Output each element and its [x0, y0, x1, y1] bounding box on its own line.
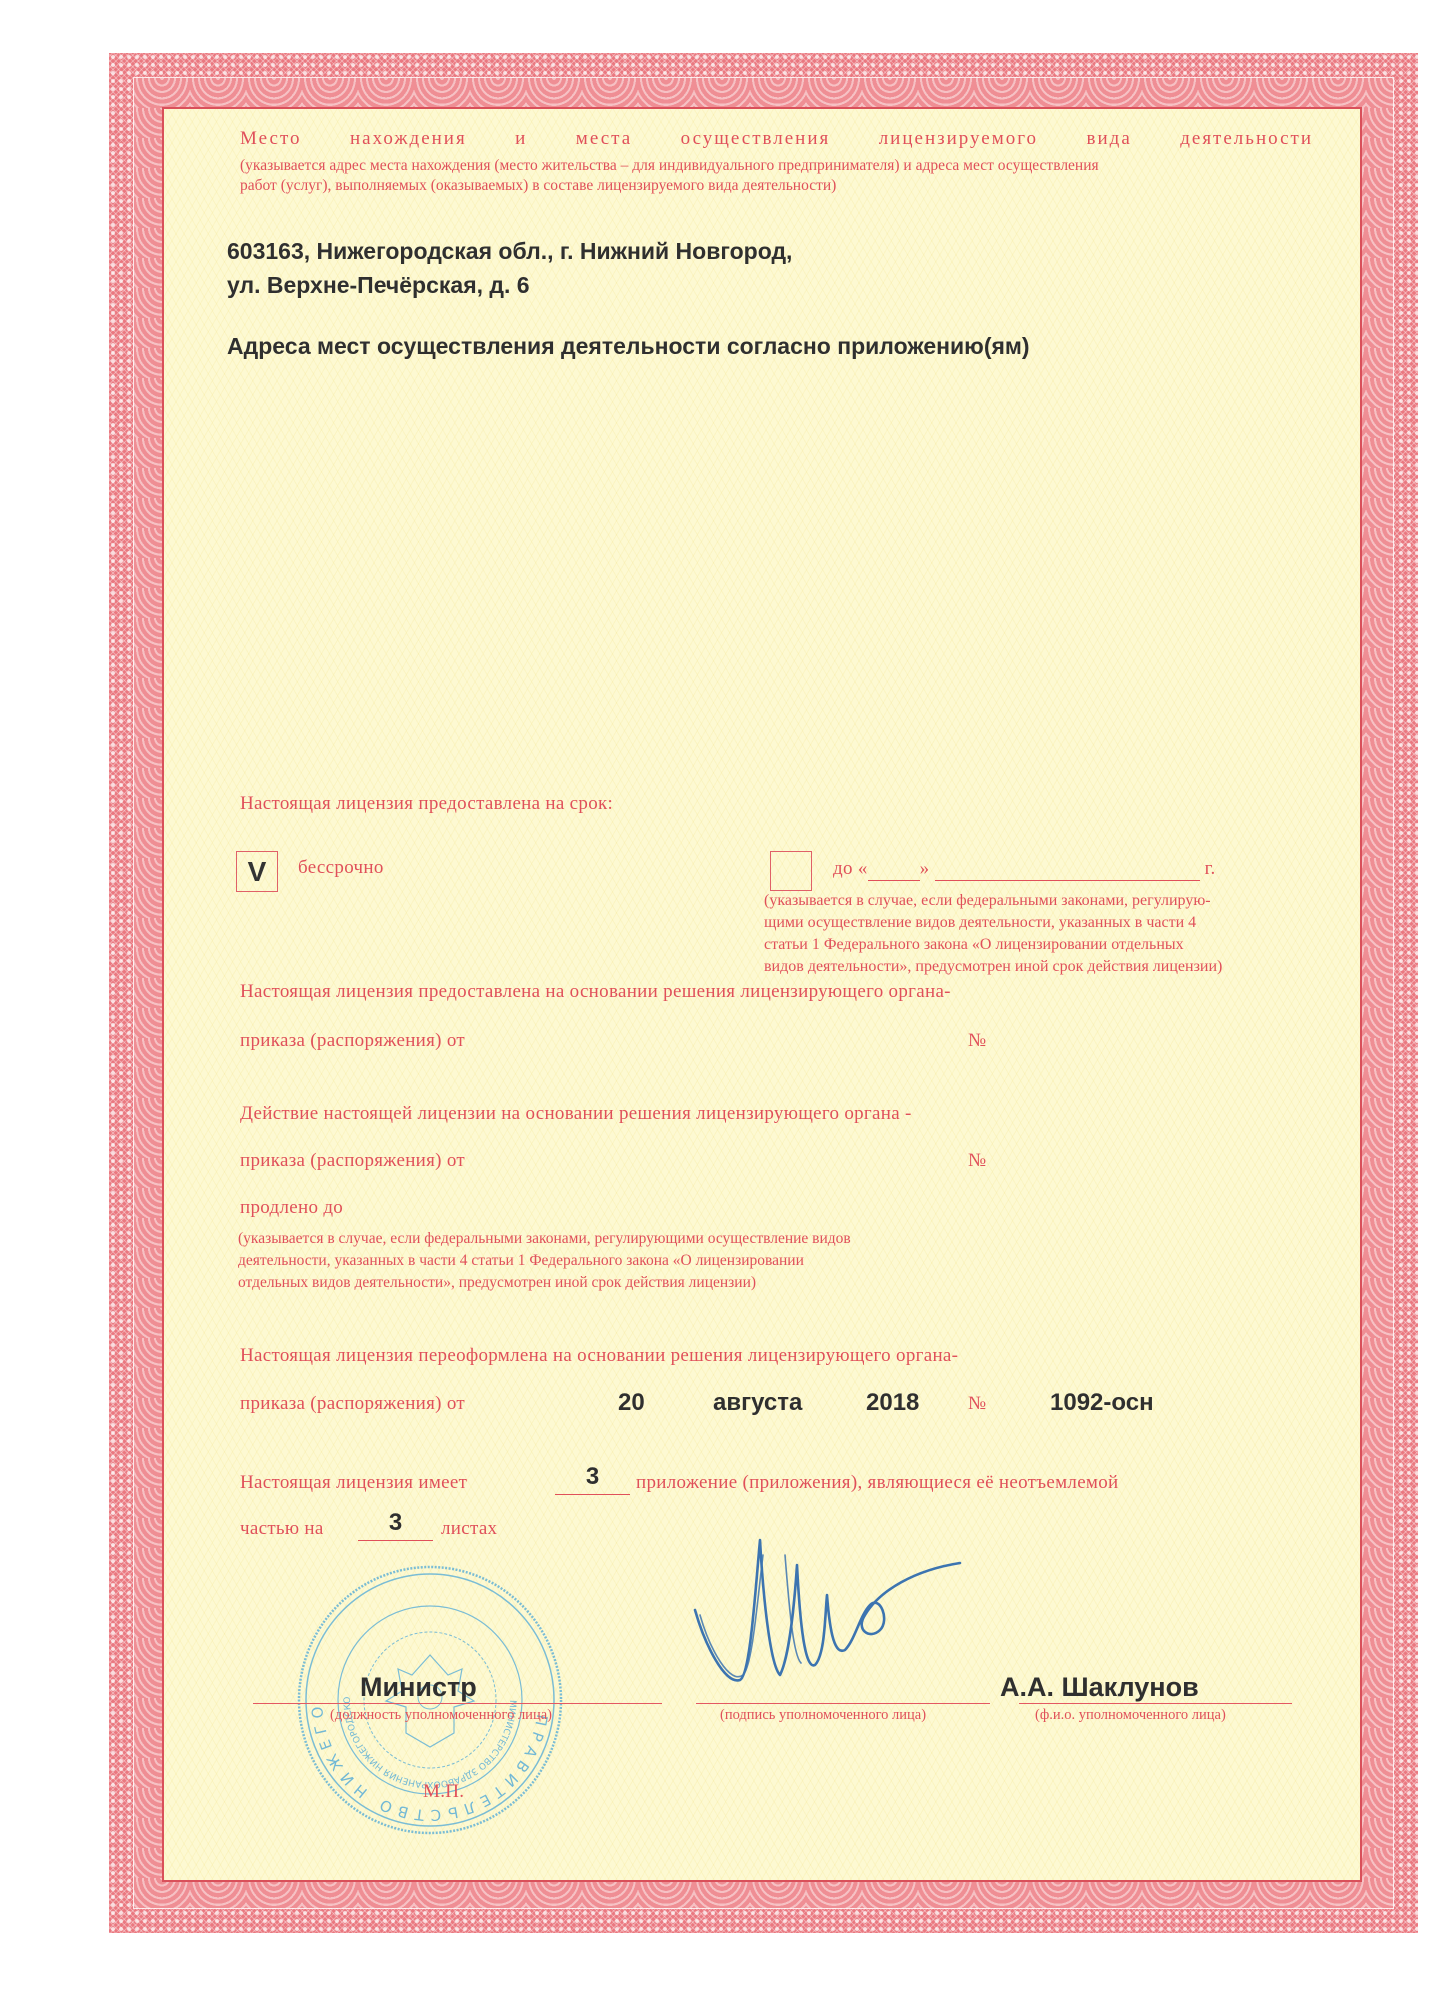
position-line — [253, 1703, 662, 1704]
extended-until-label: продлено до — [240, 1197, 343, 1219]
extended-line: Действие настоящей лицензии на основании… — [240, 1103, 912, 1125]
heading-word: деятельности — [1180, 128, 1313, 150]
handwritten-signature — [685, 1535, 975, 1700]
heading-word: Место — [240, 128, 302, 150]
term-note-line: (указывается в случае, если федеральными… — [764, 890, 1222, 912]
extended-order-label: приказа (распоряжения) от — [240, 1150, 465, 1172]
heading-word: нахождения — [350, 128, 467, 150]
indefinite-checkbox: V — [236, 851, 278, 892]
extended-note-line: деятельности, указанных в части 4 статьи… — [238, 1250, 851, 1272]
position-caption: (должность уполномоченного лица) — [330, 1707, 552, 1724]
appendix-prefix: Настоящая лицензия имеет — [240, 1472, 467, 1494]
granted-order-label: приказа (распоряжения) от — [240, 1030, 465, 1052]
seal-label: М.П. — [423, 1781, 464, 1803]
location-heading: Место нахождения и места осуществления л… — [240, 128, 1313, 150]
reissued-line: Настоящая лицензия переоформлена на осно… — [240, 1345, 958, 1367]
term-note-line: щими осуществление видов деятельности, у… — [764, 912, 1222, 934]
extended-note-line: отдельных видов деятельности», предусмот… — [238, 1272, 851, 1294]
appendix-suffix: приложение (приложения), являющиеся её н… — [636, 1472, 1119, 1494]
reissued-year: 2018 — [866, 1389, 919, 1417]
heading-word: и — [515, 128, 527, 150]
extended-note: (указывается в случае, если федеральными… — [238, 1228, 851, 1294]
until-checkbox — [770, 851, 812, 891]
extended-note-line: (указывается в случае, если федеральными… — [238, 1228, 851, 1250]
granted-number-sign: № — [968, 1030, 986, 1052]
until-prefix: до « — [833, 858, 868, 879]
activity-places: Адреса мест осуществления деятельности с… — [227, 333, 1030, 360]
sheets-prefix: частью на — [240, 1518, 324, 1540]
reissued-month: августа — [713, 1389, 802, 1417]
until-label: до « » г. — [833, 858, 1216, 881]
location-note-line-1: (указывается адрес места нахождения (мес… — [240, 157, 1099, 175]
reissued-day: 20 — [618, 1389, 645, 1417]
signatory-name: А.А. Шаклунов — [1000, 1672, 1199, 1703]
location-note-line-2: работ (услуг), выполняемых (оказываемых)… — [240, 177, 836, 195]
term-note-line: видов деятельности», предусмотрен иной с… — [764, 956, 1222, 978]
address-line-1: 603163, Нижегородская обл., г. Нижний Но… — [227, 238, 792, 265]
name-line — [1019, 1703, 1292, 1704]
term-title: Настоящая лицензия предоставлена на срок… — [240, 793, 613, 815]
granted-line: Настоящая лицензия предоставлена на осно… — [240, 981, 951, 1003]
reissued-number-sign: № — [968, 1393, 986, 1415]
reissued-order-label: приказа (распоряжения) от — [240, 1393, 465, 1415]
until-suffix: г. — [1205, 858, 1216, 879]
reissued-number: 1092-осн — [1050, 1389, 1154, 1417]
extended-number-sign: № — [968, 1150, 986, 1172]
heading-word: места — [576, 128, 632, 150]
heading-word: осуществления — [681, 128, 831, 150]
sheets-count: 3 — [358, 1509, 433, 1537]
term-note: (указывается в случае, если федеральными… — [764, 890, 1222, 978]
signature-line — [696, 1703, 990, 1704]
name-caption: (ф.и.о. уполномоченного лица) — [1035, 1707, 1226, 1724]
address-line-2: ул. Верхне-Печёрская, д. 6 — [227, 272, 530, 299]
until-day-blank — [868, 858, 920, 881]
appendix-count: 3 — [555, 1463, 630, 1491]
term-note-line: статьи 1 Федерального закона «О лицензир… — [764, 934, 1222, 956]
check-mark-icon: V — [237, 852, 277, 891]
heading-word: лицензируемого — [879, 128, 1038, 150]
until-month-year-blank — [935, 858, 1200, 881]
sheets-suffix: листах — [441, 1518, 497, 1540]
heading-word: вида — [1087, 128, 1132, 150]
signature-caption: (подпись уполномоченного лица) — [720, 1707, 926, 1724]
indefinite-label: бессрочно — [298, 857, 384, 879]
position-value: Министр — [360, 1672, 477, 1703]
until-mid: » — [920, 858, 930, 879]
